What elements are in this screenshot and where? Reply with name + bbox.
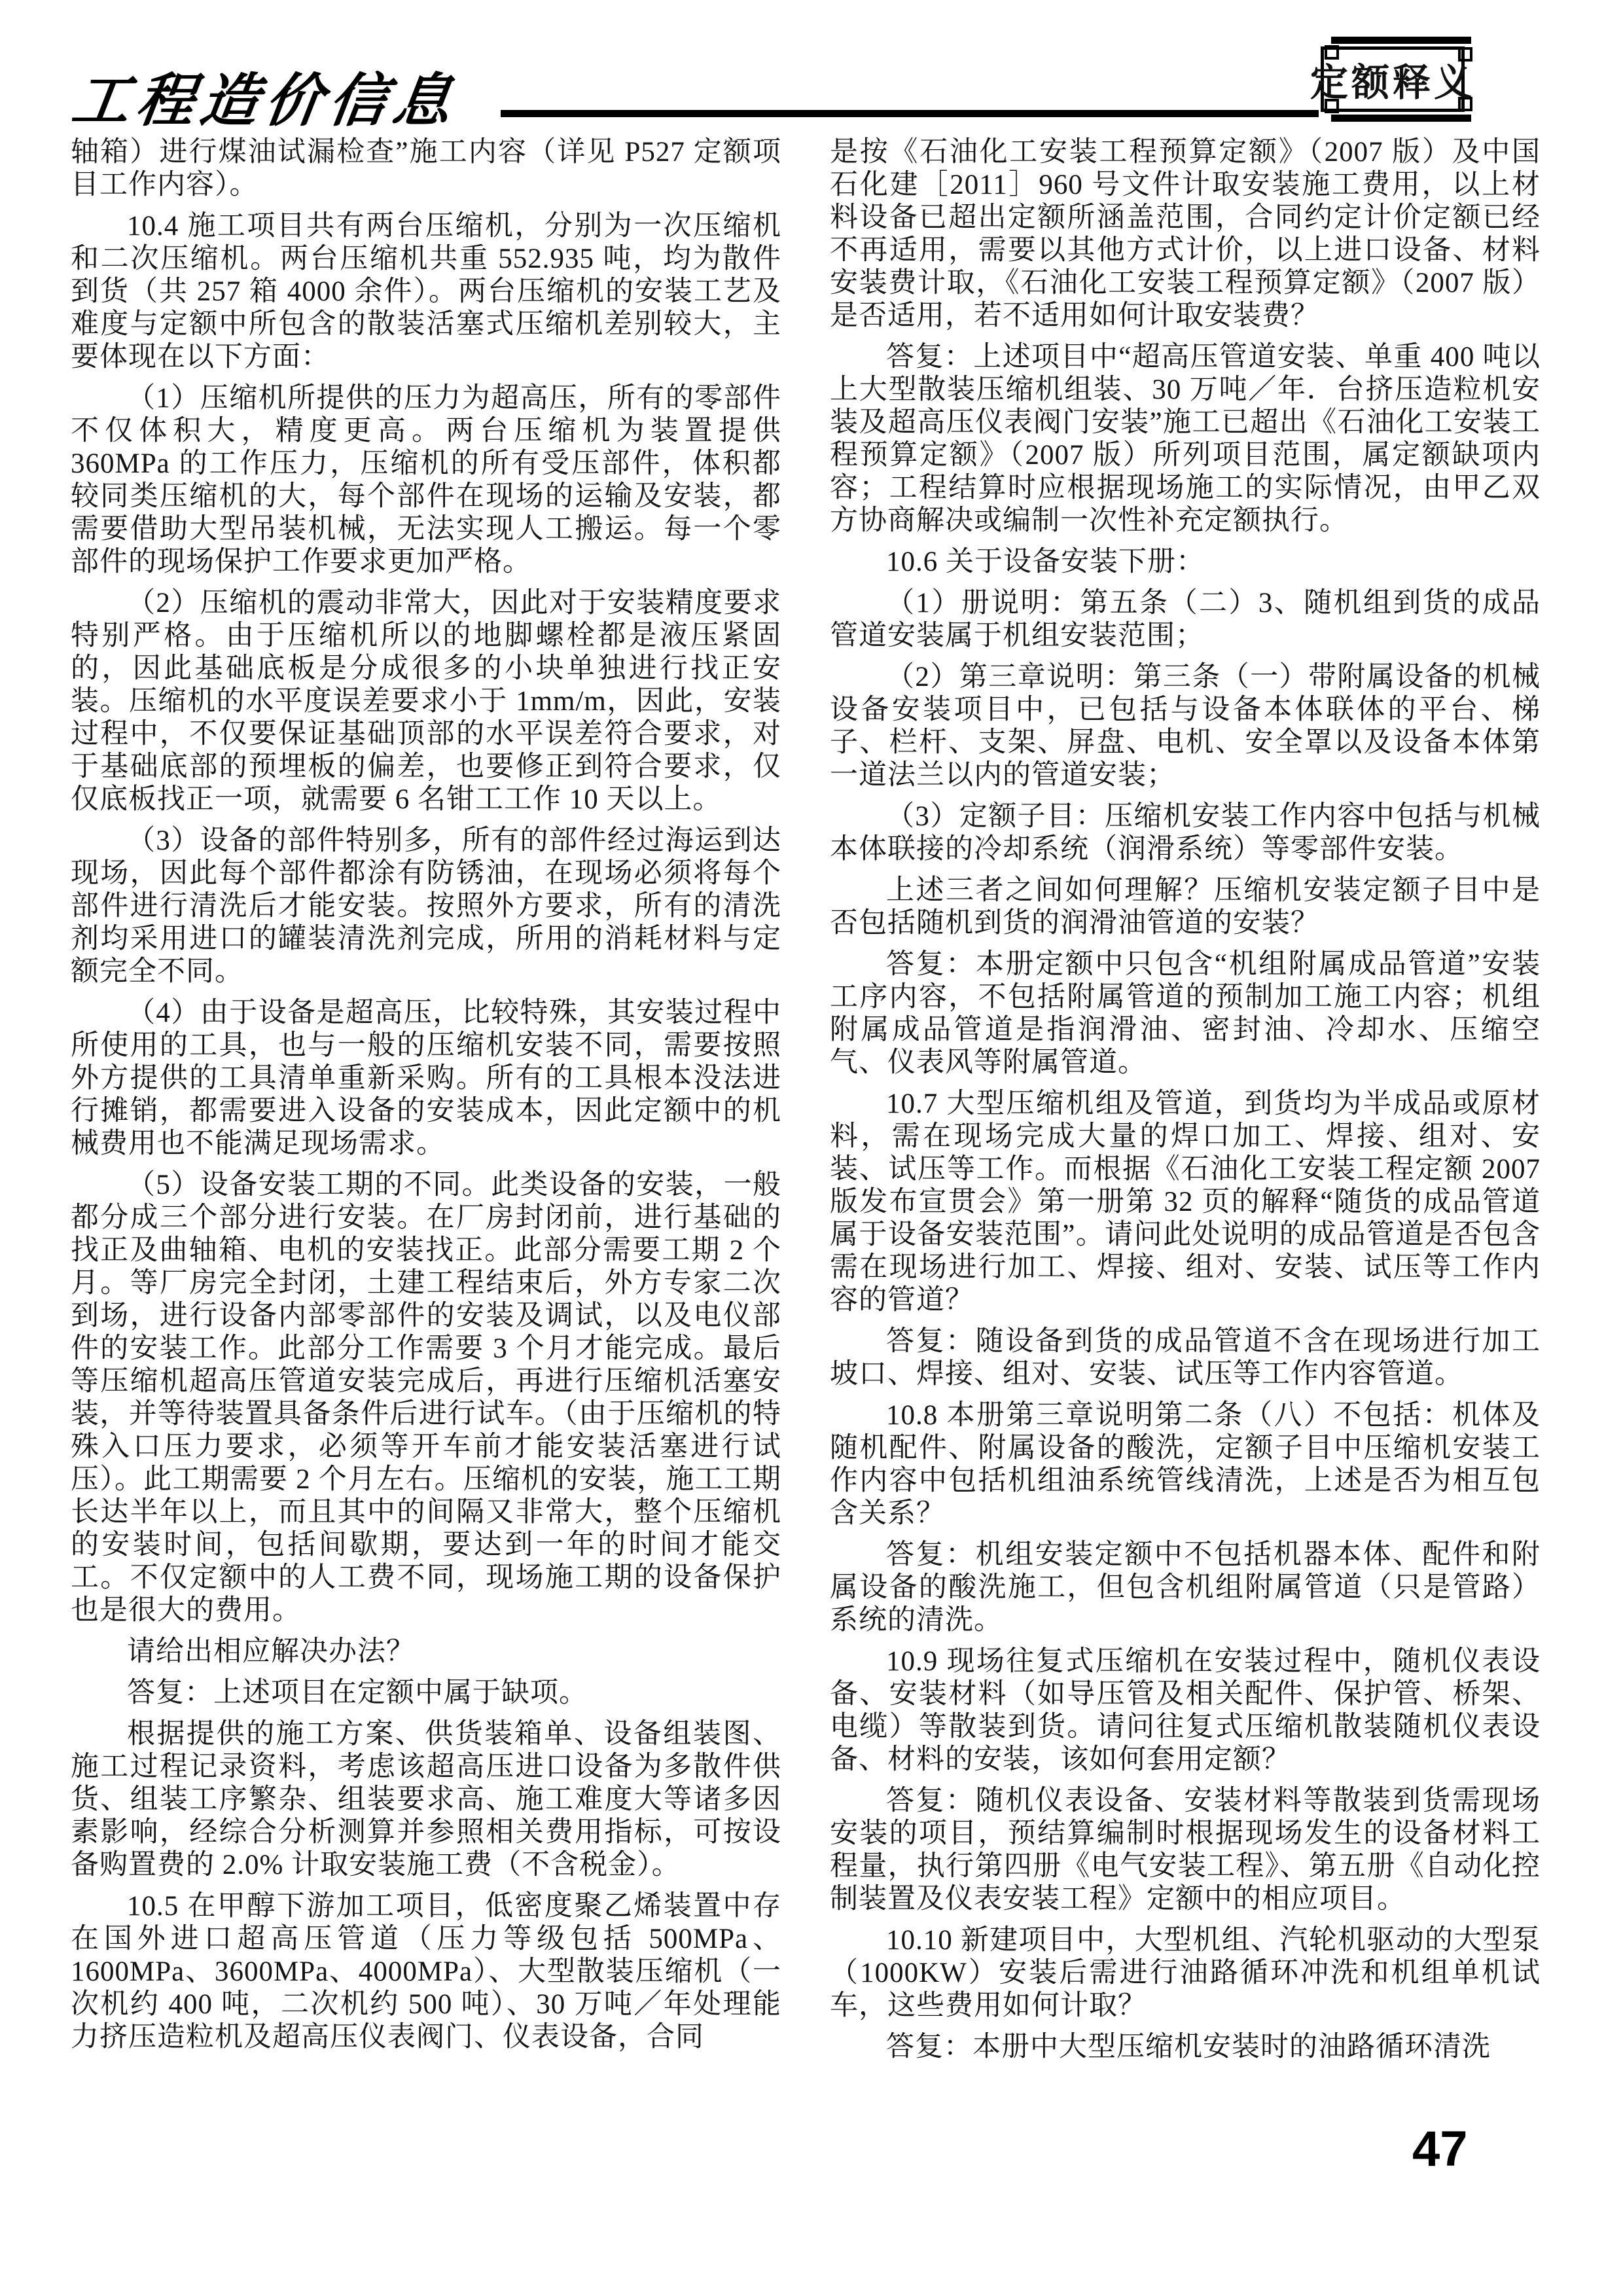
paragraph: （3）设备的部件特别多，所有的部件经过海运到达现场，因此每个部件都涂有防锈油，在… [71, 825, 781, 988]
paragraph: 轴箱）进行煤油试漏检查”施工内容（详见 P527 定额项目工作内容）。 [71, 136, 781, 202]
paragraph: 上述三者之间如何理解？压缩机安装定额子目中是否包括随机到货的润滑油管道的安装？ [830, 874, 1541, 940]
right-column: 是按《石油化工安装工程预算定额》（2007 版）及中国石化建［2011］960 … [830, 136, 1541, 2072]
paragraph: （1）压缩机所提供的压力为超高压，所有的零部件不仅体积大，精度更高。两台压缩机为… [71, 382, 781, 579]
header-rule [501, 110, 1319, 117]
paragraph: （1）册说明：第五条（二）3、随机组到货的成品管道安装属于机组安装范围； [830, 587, 1541, 653]
paragraph: 答复：随设备到货的成品管道不含在现场进行加工坡口、焊接、组对、安装、试压等工作内… [830, 1325, 1541, 1391]
badge-label: 定额释义 [1310, 52, 1475, 107]
paragraph: 10.10 新建项目中，大型机组、汽轮机驱动的大型泵（1000KW）安装后需进行… [830, 1924, 1541, 2022]
left-column: 轴箱）进行煤油试漏检查”施工内容（详见 P527 定额项目工作内容）。 10.4… [71, 136, 781, 2062]
paragraph: 10.9 现场往复式压缩机在安装过程中，随机仪表设备、安装材料（如导压管及相关配… [830, 1645, 1541, 1776]
document-page: 工程造价信息 定额释义 轴箱）进行煤油试漏检查”施工内容（详见 P527 定额项… [0, 0, 1623, 2296]
paragraph: 10.5 在甲醇下游加工项目，低密度聚乙烯装置中存在国外进口超高压管道（压力等级… [71, 1890, 781, 2054]
masthead-logo: 工程造价信息 [67, 55, 464, 137]
paragraph: （2）压缩机的震动非常大，因此对于安装精度要求特别严格。由于压缩机所以的地脚螺栓… [71, 587, 781, 816]
paragraph: 答复：上述项目中“超高压管道安装、单重 400 吨以上大型散装压缩机组装、30 … [830, 341, 1541, 537]
paragraph: 答复：随机仪表设备、安装材料等散装到货需现场安装的项目，预结算编制时根据现场发生… [830, 1785, 1541, 1916]
paragraph: 是按《石油化工安装工程预算定额》（2007 版）及中国石化建［2011］960 … [830, 136, 1541, 332]
paragraph: 根据提供的施工方案、供货装箱单、设备组装图、施工过程记录资料，考虑该超高压进口设… [71, 1718, 781, 1882]
paragraph: 答复：机组安装定额中不包括机器本体、配件和附属设备的酸洗施工，但包含机组附属管道… [830, 1539, 1541, 1637]
paragraph: （2）第三章说明：第三条（一）带附属设备的机械设备安装项目中，已包括与设备本体联… [830, 661, 1541, 792]
paragraph: 答复：本册定额中只包含“机组附属成品管道”安装工序内容，不包括附属管道的预制加工… [830, 948, 1541, 1079]
paragraph: （3）定额子目：压缩机安装工作内容中包括与机械本体联接的冷却系统（润滑系统）等零… [830, 800, 1541, 866]
badge-frame: 定额释义 [1321, 46, 1465, 112]
paragraph: 答复：上述项目在定额中属于缺项。 [71, 1677, 781, 1710]
paragraph: （4）由于设备是超高压，比较特殊，其安装过程中所使用的工具，也与一般的压缩机安装… [71, 997, 781, 1160]
page-number: 47 [1412, 2121, 1468, 2178]
badge-ornament [1331, 115, 1471, 122]
paragraph: 10.8 本册第三章说明第二条（八）不包括：机体及随机配件、附属设备的酸洗，定额… [830, 1399, 1541, 1530]
badge-ornament [1331, 37, 1471, 44]
paragraph: 10.7 大型压缩机组及管道，到货均为半成品或原材料，需在现场完成大量的焊口加工… [830, 1088, 1541, 1317]
paragraph: 10.4 施工项目共有两台压缩机，分别为一次压缩机和二次压缩机。两台压缩机共重 … [71, 210, 781, 374]
paragraph: 10.6 关于设备安装下册： [830, 546, 1541, 579]
paragraph: 答复：本册中大型压缩机安装时的油路循环清洗 [830, 2031, 1541, 2064]
paragraph: 请给出相应解决办法？ [71, 1636, 781, 1668]
section-badge: 定额释义 [1321, 37, 1472, 122]
paragraph: （5）设备安装工期的不同。此类设备的安装，一般都分成三个部分进行安装。在厂房封闭… [71, 1169, 781, 1627]
